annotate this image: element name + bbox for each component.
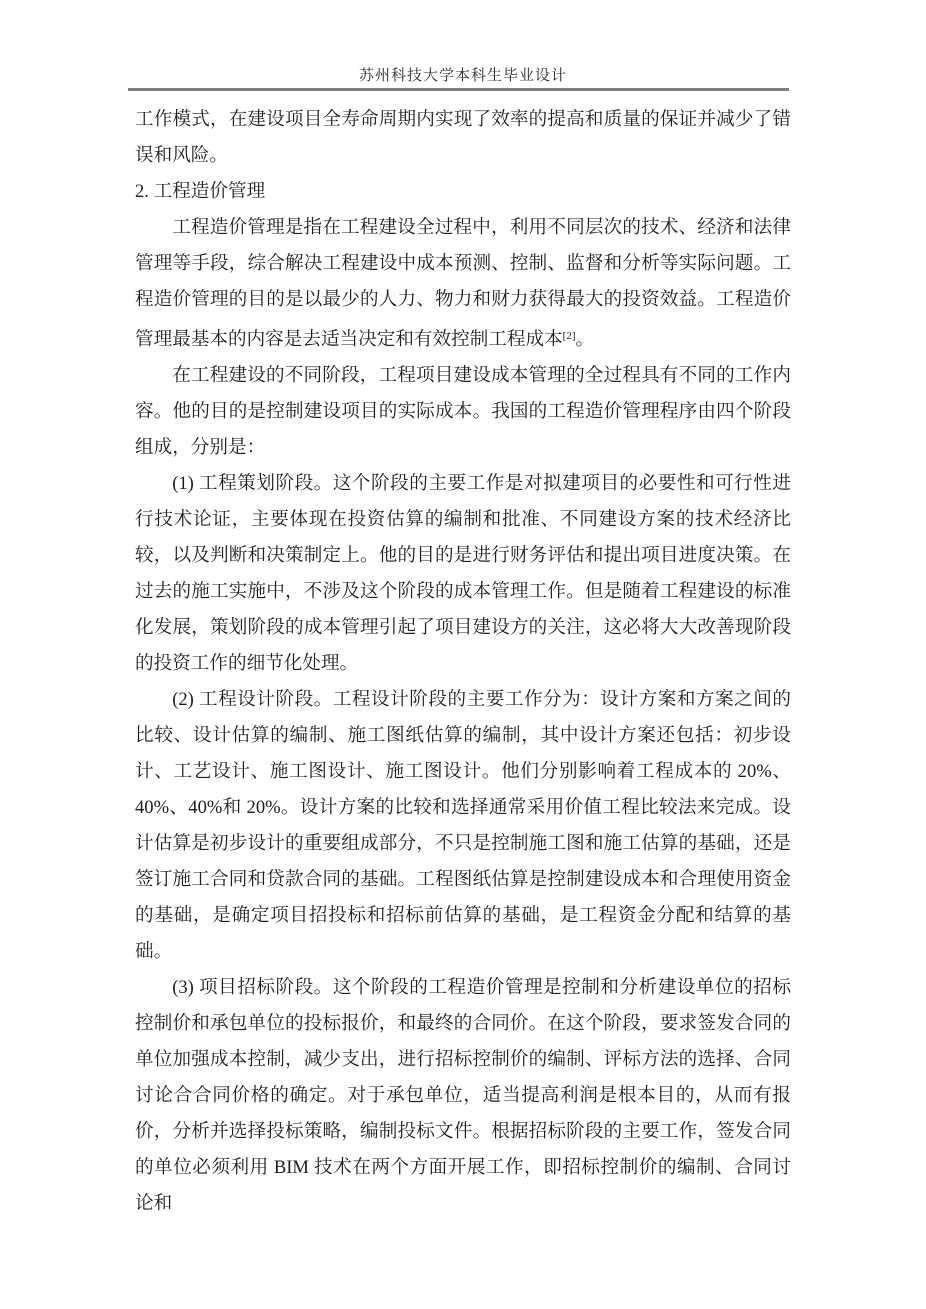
paragraph-stages-intro: 在工程建设的不同阶段，工程项目建设成本管理的全过程具有不同的工作内容。他的目的是… (135, 358, 791, 466)
header-title: 苏州科技大学本科生毕业设计 (0, 64, 926, 85)
citation-ref: [2] (563, 330, 576, 342)
paragraph-stage-2: (2) 工程设计阶段。工程设计阶段的主要工作分为：设计方案和方案之间的比较、设计… (135, 682, 791, 970)
paragraph-overview: 工程造价管理是指在工程建设全过程中，利用不同层次的技术、经济和法律管理等手段，综… (135, 210, 791, 358)
paragraph-stage-1: (1) 工程策划阶段。这个阶段的主要工作是对拟建项目的必要性和可行性进行技术论证… (135, 466, 791, 682)
paragraph-overview-text: 工程造价管理是指在工程建设全过程中，利用不同层次的技术、经济和法律管理等手段，综… (135, 217, 791, 350)
document-page: 苏州科技大学本科生毕业设计 工作模式，在建设项目全寿命周期内实现了效率的提高和质… (0, 0, 926, 1309)
paragraph-overview-end: 。 (576, 329, 595, 350)
header-rule (128, 88, 789, 91)
paragraph-stage-3: (3) 项目招标阶段。这个阶段的工程造价管理是控制和分析建设单位的招标控制价和承… (135, 970, 791, 1222)
paragraph-continuation: 工作模式，在建设项目全寿命周期内实现了效率的提高和质量的保证并减少了错误和风险。 (135, 102, 791, 174)
section-heading: 2. 工程造价管理 (135, 174, 791, 210)
document-body: 工作模式，在建设项目全寿命周期内实现了效率的提高和质量的保证并减少了错误和风险。… (135, 102, 791, 1222)
